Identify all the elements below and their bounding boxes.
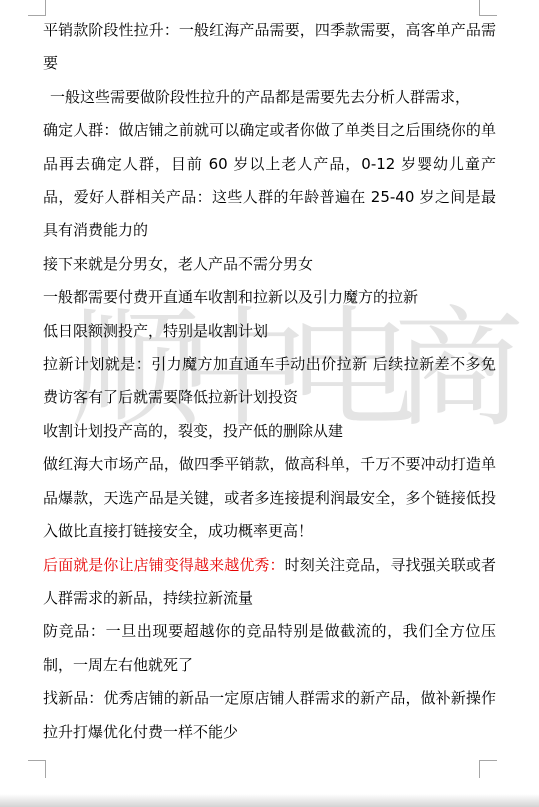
body-text: 低日限额测投产，特别是收割计划 — [43, 322, 268, 340]
paragraph: 做红海大市场产品，做四季平销款，做高科单，千万不要冲动打造单品爆款，天选产品是关… — [43, 448, 496, 548]
paragraph: 接下来就是分男女，老人产品不需分男女 — [43, 248, 496, 281]
body-text: 确定人群：做店铺之前就可以确定或者你做了单类目之后围绕你的单品再去确定人群，目前… — [43, 121, 496, 239]
paragraph: 找新品：优秀店铺的新品一定原店铺人群需求的新产品，做补新操作拉升打爆优化付费一样… — [43, 682, 496, 749]
body-text: 做红海大市场产品，做四季平销款，做高科单，千万不要冲动打造单品爆款，天选产品是关… — [43, 455, 496, 540]
document-page: 顺中电商 平销款阶段性拉升：一般红海产品需要，四季款需要，高客单产品需要一般这些… — [0, 0, 539, 807]
page-bottom-shadow — [0, 794, 539, 807]
paragraph: 确定人群：做店铺之前就可以确定或者你做了单类目之后围绕你的单品再去确定人群，目前… — [43, 114, 496, 248]
body-text: 接下来就是分男女，老人产品不需分男女 — [43, 255, 313, 273]
paragraph: 防竞品：一旦出现要超越你的竞品特别是做截流的，我们全方位压制，一周左右他就死了 — [43, 615, 496, 682]
paragraph: 一般这些需要做阶段性拉升的产品都是需要先去分析人群需求， — [43, 81, 496, 114]
body-text: 一般这些需要做阶段性拉升的产品都是需要先去分析人群需求， — [50, 88, 470, 106]
paragraph: 拉新计划就是：引力魔方加直通车手动出价拉新 后续拉新差不多免费访客有了后就需要降… — [43, 348, 496, 415]
paragraph: 低日限额测投产，特别是收割计划 — [43, 315, 496, 348]
body-text: 一般都需要付费开直通车收割和拉新以及引力魔方的拉新 — [43, 288, 418, 306]
body-text: 平销款阶段性拉升：一般红海产品需要，四季款需要，高客单产品需要 — [43, 21, 496, 72]
paragraph: 后面就是你让店铺变得越来越优秀：时刻关注竞品，寻找强关联或者人群需求的新品，持续… — [43, 549, 496, 616]
paragraph: 收割计划投产高的，裂变，投产低的删除从建 — [43, 415, 496, 448]
paragraph: 平销款阶段性拉升：一般红海产品需要，四季款需要，高客单产品需要 — [43, 14, 496, 81]
margin-crop-mark-top-right — [479, 0, 497, 16]
margin-crop-mark-bottom-left — [28, 760, 46, 778]
body-text: 拉新计划就是：引力魔方加直通车手动出价拉新 后续拉新差不多免费访客有了后就需要降… — [43, 355, 496, 406]
margin-crop-mark-bottom-right — [479, 760, 497, 778]
paragraph: 一般都需要付费开直通车收割和拉新以及引力魔方的拉新 — [43, 281, 496, 314]
margin-crop-mark-top-left — [28, 0, 46, 16]
highlighted-red-text: 后面就是你让店铺变得越来越优秀： — [43, 556, 285, 574]
body-text: 收割计划投产高的，裂变，投产低的删除从建 — [43, 422, 343, 440]
document-text: 平销款阶段性拉升：一般红海产品需要，四季款需要，高客单产品需要一般这些需要做阶段… — [43, 14, 496, 749]
body-text: 找新品：优秀店铺的新品一定原店铺人群需求的新产品，做补新操作拉升打爆优化付费一样… — [43, 689, 496, 740]
body-text: 防竞品：一旦出现要超越你的竞品特别是做截流的，我们全方位压制，一周左右他就死了 — [43, 622, 496, 673]
